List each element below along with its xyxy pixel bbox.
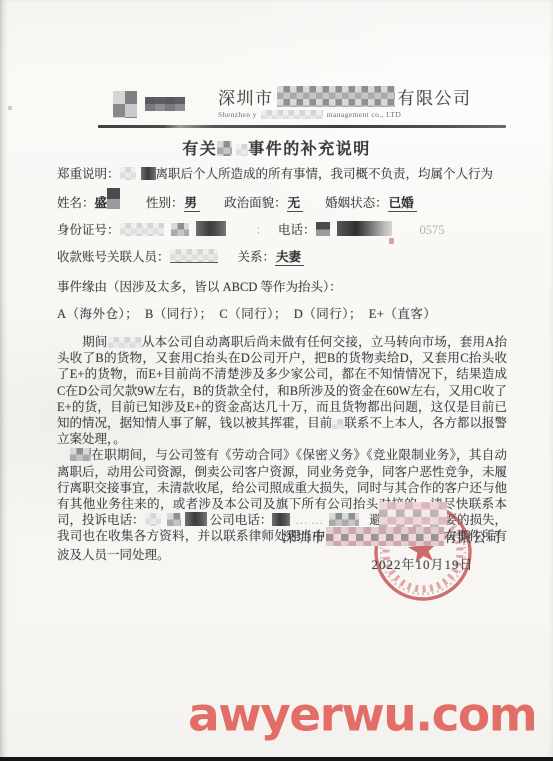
redaction bbox=[217, 141, 232, 156]
redaction bbox=[171, 223, 189, 236]
redaction bbox=[316, 222, 330, 236]
header-divider bbox=[98, 125, 506, 128]
signature-company: 深圳市有限公司 bbox=[282, 526, 502, 546]
company-name-suffix: 有限公司 bbox=[398, 84, 472, 109]
text-segment: 期间 bbox=[82, 335, 108, 349]
personal-info-row-id-phone: 身份证号：：电话：0575 bbox=[57, 217, 507, 244]
redaction bbox=[108, 337, 142, 348]
cause-heading: 事件缘由（因涉及太多，皆以 ABCD 等作为抬头）： bbox=[57, 274, 507, 301]
text-segment: 盛 bbox=[95, 196, 108, 210]
redaction bbox=[329, 513, 359, 526]
company-name: 深圳市 有限公司 bbox=[218, 84, 518, 109]
text-segment: 有限公司 bbox=[444, 526, 502, 546]
watermark-text: awyerwu.com bbox=[188, 689, 536, 743]
redaction bbox=[236, 144, 248, 156]
redaction bbox=[196, 221, 226, 236]
redaction bbox=[337, 221, 392, 236]
redaction bbox=[141, 167, 156, 180]
redaction bbox=[70, 448, 91, 461]
signature-date: 2022年10月19日 bbox=[350, 554, 495, 573]
text-segment: 关系： bbox=[238, 250, 276, 264]
scan-edge-bar bbox=[0, 757, 553, 761]
text-segment: 已婚 bbox=[388, 196, 417, 212]
text-segment: 姓名： bbox=[57, 196, 95, 210]
paragraph-1: 期间从本公司自动离职后尚未做有任何交接，立马转向市场，套用A抬头收了B的货物，又… bbox=[57, 334, 507, 447]
text-segment: 郑重说明： bbox=[57, 167, 120, 181]
company-name-english: Shenzhen y management co., LTD bbox=[218, 110, 518, 119]
redaction bbox=[326, 527, 444, 546]
scan-artifact bbox=[389, 238, 394, 244]
personal-info-row-account: 收款账号关联人员：关系：夫妻 bbox=[57, 244, 507, 271]
text-segment: 事件的补充说明 bbox=[248, 141, 371, 158]
redaction bbox=[185, 512, 207, 526]
text-segment: 夫妻 bbox=[275, 250, 304, 266]
redaction bbox=[272, 513, 290, 526]
company-logo-redaction bbox=[113, 91, 137, 118]
redaction bbox=[120, 167, 136, 180]
text-segment: 收款账号关联人员： bbox=[57, 250, 170, 264]
text-segment: 婚姻状态： bbox=[325, 196, 388, 210]
document-scan: 深圳市 有限公司 Shenzhen y management co., LTD … bbox=[0, 0, 553, 761]
text-segment: 有关 bbox=[182, 141, 217, 158]
redaction bbox=[277, 86, 395, 107]
company-name-prefix: 深圳市 bbox=[218, 84, 274, 109]
text-segment: 离职后个人所造成的所有事情，我司概不负责，均属个人行为 bbox=[156, 167, 494, 181]
text-segment: 深圳市 bbox=[282, 526, 326, 546]
statement-line: 郑重说明：离职后个人所造成的所有事情，我司概不负责，均属个人行为 bbox=[57, 161, 507, 188]
text-segment: 0575 bbox=[420, 223, 445, 237]
redaction bbox=[332, 419, 344, 429]
text-segment: 无 bbox=[287, 196, 304, 212]
company-logo-redaction bbox=[145, 97, 185, 111]
text-segment: 男 bbox=[184, 196, 201, 212]
redaction bbox=[167, 513, 181, 526]
text-segment: 公司电话： bbox=[207, 513, 273, 527]
company-name-en-prefix: Shenzhen y bbox=[218, 110, 257, 119]
text-segment: 性别： bbox=[146, 196, 184, 210]
text-segment: 电话： bbox=[278, 223, 316, 237]
text-segment: 政治面貌： bbox=[224, 196, 287, 210]
text-segment: 身份证号： bbox=[57, 223, 120, 237]
personal-info-row-name: 姓名：盛性别：男政治面貌：无婚姻状态：已婚 bbox=[57, 188, 507, 217]
redaction bbox=[145, 513, 161, 526]
redaction bbox=[170, 249, 218, 263]
text-segment: ： bbox=[256, 223, 269, 237]
abcd-key-line: A（海外仓）； B（同行）； C（同行）； D（同行）； E+（直客） bbox=[57, 301, 507, 327]
company-name-en-suffix: management co., LTD bbox=[327, 110, 401, 119]
redaction bbox=[261, 110, 323, 119]
letterhead: 深圳市 有限公司 Shenzhen y management co., LTD bbox=[218, 84, 518, 119]
redaction bbox=[107, 188, 120, 209]
scan-artifact bbox=[8, 106, 12, 110]
document-title: 有关事件的补充说明 bbox=[0, 136, 553, 159]
redaction bbox=[120, 223, 164, 236]
